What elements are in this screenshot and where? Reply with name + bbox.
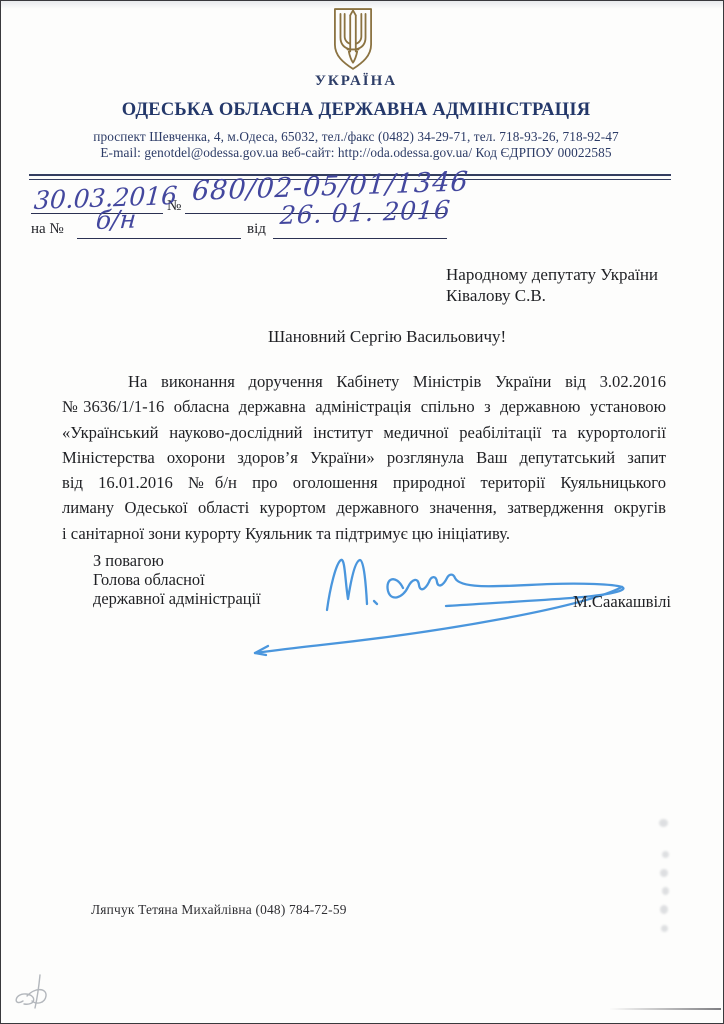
form-underline-incoming-date bbox=[273, 238, 447, 239]
incoming-number-handwritten: б/н bbox=[95, 205, 137, 235]
recipient-line-2: Ківалову С.В. bbox=[446, 285, 658, 306]
email-website-line: E-mail: genotdel@odessa.gov.ua веб-сайт:… bbox=[1, 145, 711, 161]
organization-name: ОДЕСЬКА ОБЛАСНА ДЕРЖАВНА АДМІНІСТРАЦІЯ bbox=[1, 100, 711, 121]
salutation: Шановний Сергію Васильовичу! bbox=[268, 327, 506, 347]
from-date-label: від bbox=[247, 221, 266, 238]
signer-name: М.Саакашвілі bbox=[573, 592, 671, 612]
form-underline-incoming-number bbox=[77, 238, 241, 239]
country-name: УКРАЇНА bbox=[1, 73, 711, 90]
address-phone-line: проспект Шевченка, 4, м.Одеса, 65032, те… bbox=[1, 129, 711, 145]
body-line: «Український науково-дослідний інститут … bbox=[62, 420, 666, 445]
scan-edge-line bbox=[609, 1008, 721, 1010]
bleed-through-artifact bbox=[660, 905, 668, 914]
signer-title-line-2: державної адміністрації bbox=[93, 590, 261, 609]
body-line: від 16.01.2016 №б/н про оголошення приро… bbox=[62, 470, 666, 495]
executor-contact-line: Ляпчук Тетяна Михайлівна (048) 784-72-59 bbox=[91, 902, 347, 918]
bleed-through-artifact bbox=[659, 819, 668, 827]
bleed-through-artifact bbox=[662, 851, 669, 858]
pencil-paraph-mark bbox=[9, 963, 69, 1018]
body-paragraph: На виконання доручення Кабінету Міністрі… bbox=[62, 369, 666, 546]
regards-line: З повагою bbox=[93, 552, 261, 571]
signoff-block: З повагою Голова обласної державної адмі… bbox=[93, 552, 261, 608]
scanned-letter-page: УКРАЇНА ОДЕСЬКА ОБЛАСНА ДЕРЖАВНА АДМІНІС… bbox=[0, 0, 724, 1024]
body-line: лиману Одеської області курортом державн… bbox=[62, 495, 666, 520]
incoming-date-handwritten: 26. 01. 2016 bbox=[279, 195, 452, 230]
bleed-through-artifact bbox=[661, 925, 668, 932]
body-line: №3636/1/1-16 обласна державна адміністра… bbox=[62, 394, 666, 419]
body-line: Міністерства охорони здоров’я України» р… bbox=[62, 445, 666, 470]
bleed-through-artifact bbox=[662, 887, 669, 895]
ukraine-trident-emblem bbox=[330, 7, 376, 71]
bleed-through-artifact bbox=[660, 869, 668, 877]
body-line: і санітарної зони курорту Куяльник та пі… bbox=[62, 521, 666, 546]
signer-title-line-1: Голова обласної bbox=[93, 571, 261, 590]
body-line: На виконання доручення Кабінету Міністрі… bbox=[62, 369, 666, 394]
recipient-line-1: Народному депутату України bbox=[446, 264, 658, 285]
incoming-number-label: на № bbox=[31, 221, 64, 238]
recipient-block: Народному депутату України Ківалову С.В. bbox=[446, 264, 658, 306]
